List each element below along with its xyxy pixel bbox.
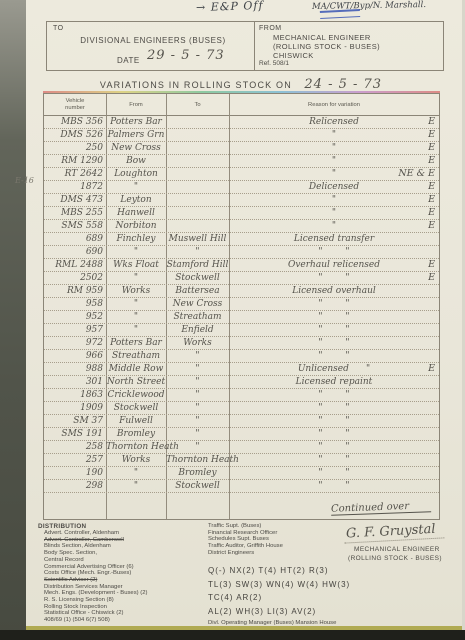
cell-to-garage: Works — [166, 338, 229, 349]
cell-vehicle-number: 1872 — [44, 182, 106, 193]
table-row: DMS 473 Leyton " E — [44, 194, 439, 207]
cell-margin-mark: NE & E — [398, 168, 435, 179]
cell-from-garage: " — [106, 312, 166, 323]
recipient-item: Schedules Supt. Buses — [208, 536, 283, 543]
from-line-3: CHISWICK — [273, 51, 314, 60]
cell-to-garage: Battersea — [166, 286, 229, 297]
cell-reason: Licensed overhaul — [229, 286, 439, 297]
cell-from-garage: Cricklewood — [106, 390, 166, 401]
cell-vehicle-number: 689 — [44, 234, 106, 245]
table-row: 972 Potters Bar Works " " — [44, 337, 439, 350]
to-value: DIVISIONAL ENGINEERS (BUSES) — [57, 36, 249, 45]
cell-to-garage: Enfield — [166, 325, 229, 336]
cell-from-garage: Potters Bar — [106, 117, 166, 128]
cell-from-garage: Works — [106, 455, 166, 466]
cell-vehicle-number: 1909 — [44, 403, 106, 414]
table-row: 952 " Streatham " " — [44, 311, 439, 324]
table-row: 1863 Cricklewood " " " — [44, 389, 439, 402]
cell-from-garage: Leyton — [106, 195, 166, 206]
cell-from-garage: " — [106, 468, 166, 479]
cell-vehicle-number: 966 — [44, 351, 106, 362]
cell-reason: " " — [229, 273, 439, 284]
distribution-item: Costs Office (Mech. Engr.-Buses) — [38, 570, 206, 577]
garage-code-line: TL(3) SW(3) WN(4) W(4) HW(3) — [208, 578, 350, 592]
cell-from-garage: Hanwell — [106, 208, 166, 219]
cell-margin-mark: E — [428, 272, 435, 283]
distribution-item: Rolling Stock Inspection — [38, 604, 206, 611]
cell-from-garage: Streatham — [106, 351, 166, 362]
cell-from-garage: New Cross — [106, 143, 166, 154]
cell-from-garage: Finchley — [106, 234, 166, 245]
cell-reason: Delicensed — [229, 182, 439, 193]
from-line-2: (ROLLING STOCK - BUSES) — [273, 42, 380, 51]
distribution-item: Distribution Services Manager — [38, 584, 206, 591]
cell-vehicle-number: 301 — [44, 377, 106, 388]
cell-vehicle-number: DMS 473 — [44, 195, 106, 206]
cell-to-garage: " — [166, 442, 229, 453]
signature-title-line-2: (ROLLING STOCK - BUSES) — [348, 555, 442, 562]
cell-to-garage: Stockwell — [166, 273, 229, 284]
distribution-items: Advert. Controller, Aldenham Advert. Con… — [38, 530, 206, 624]
table-row: 298 " Stockwell " " — [44, 480, 439, 493]
cell-margin-mark: E — [428, 129, 435, 140]
column-header-from: From — [106, 94, 166, 116]
to-label: TO — [53, 25, 64, 32]
divisional-operating-manager-line: Divl. Operating Manager (Buses) Mansion … — [208, 620, 336, 626]
cell-margin-mark: E — [428, 363, 435, 374]
garage-code-counts: Q(-) NX(2) T(4) HT(2) R(3) TL(3) SW(3) W… — [208, 564, 350, 618]
distribution-item: Advert. Controller, Camberwell — [38, 537, 206, 544]
table-header-row: Vehicle number From To Reason for variat… — [44, 94, 439, 116]
garage-code-line: AL(2) WH(3) LI(3) AV(2) — [208, 605, 350, 619]
cell-vehicle-number: 988 — [44, 364, 106, 375]
cell-vehicle-number: RM 959 — [44, 286, 106, 297]
cell-from-garage: " — [106, 273, 166, 284]
cell-to-garage: " — [166, 403, 229, 414]
cell-reason: " " — [229, 442, 439, 453]
table-row: 1909 Stockwell " " " — [44, 402, 439, 415]
distribution-item: Statistical Office - Chiswick (2) — [38, 610, 206, 617]
table-row: DMS 526 Palmers Grn " E — [44, 129, 439, 142]
cell-margin-mark: E — [428, 142, 435, 153]
cell-reason: " " — [229, 403, 439, 414]
cell-to-garage: " — [166, 364, 229, 375]
table-body: MBS 356 Potters Bar Relicensed E DMS 526… — [44, 116, 439, 519]
cell-to-garage: Stamford Hill — [166, 260, 229, 271]
cell-vehicle-number: SMS 558 — [44, 221, 106, 232]
recipient-item: Traffic Auditor, Griffith House — [208, 543, 283, 550]
table-row: 1872 " Delicensed E — [44, 181, 439, 194]
cell-from-garage: Stockwell — [106, 403, 166, 414]
table-row: MBS 356 Potters Bar Relicensed E — [44, 116, 439, 129]
cell-vehicle-number: 258 — [44, 442, 106, 453]
reference-number: Ref. 508/1 — [259, 60, 289, 67]
table-row: 690 " " " " — [44, 246, 439, 259]
handwritten-margin-note: E-16 — [15, 176, 34, 185]
cell-reason: " " — [229, 416, 439, 427]
variations-table: Vehicle number From To Reason for variat… — [43, 93, 440, 520]
cell-to-garage: Streatham — [166, 312, 229, 323]
header-divider — [254, 22, 255, 70]
cell-from-garage: Loughton — [106, 169, 166, 180]
cell-to-garage: " — [166, 247, 229, 258]
cell-reason: Relicensed — [229, 117, 439, 128]
table-row: 190 " Bromley " " — [44, 467, 439, 480]
cell-vehicle-number: 958 — [44, 299, 106, 310]
distribution-item: Scientific Adviser (2) — [38, 577, 206, 584]
distribution-item: Central Record — [38, 557, 206, 564]
table-row: SM 37 Fulwell " " " — [44, 415, 439, 428]
recipient-item: District Engineers — [208, 550, 283, 557]
date-value-handwritten: 29 - 5 - 73 — [147, 48, 225, 63]
cell-from-garage: Norbiton — [106, 221, 166, 232]
cell-from-garage: Palmers Grn — [106, 130, 166, 141]
cell-to-garage: Thornton Heath — [166, 455, 229, 466]
garage-code-line: TC(4) AR(2) — [208, 591, 350, 605]
cell-from-garage: Thornton Heath — [106, 442, 166, 453]
distribution-item: R. S. Licensing Section (8) — [38, 597, 206, 604]
cell-from-garage: " — [106, 182, 166, 193]
cell-vehicle-number: SMS 191 — [44, 429, 106, 440]
cell-reason: Licensed repaint — [229, 377, 439, 388]
cell-from-garage: " — [106, 247, 166, 258]
cell-vehicle-number: 2502 — [44, 273, 106, 284]
cell-from-garage: Middle Row — [106, 364, 166, 375]
scan-edge-bottom — [0, 630, 465, 640]
distribution-item: Blinds Section, Aldenham — [38, 543, 206, 550]
table-row: 966 Streatham " " " — [44, 350, 439, 363]
cell-to-garage: " — [166, 377, 229, 388]
column-header-vehicle-label: Vehicle number — [58, 98, 92, 111]
cell-from-garage: Bromley — [106, 429, 166, 440]
cell-vehicle-number: 952 — [44, 312, 106, 323]
cell-reason: " — [229, 130, 439, 141]
distribution-item: Advert. Controller, Aldenham — [38, 530, 206, 537]
cell-to-garage: Stockwell — [166, 481, 229, 492]
cell-vehicle-number: 690 — [44, 247, 106, 258]
table-row: 689 Finchley Muswell Hill Licensed trans… — [44, 233, 439, 246]
scan-edge-left — [0, 0, 26, 640]
page-title-text: VARIATIONS IN ROLLING STOCK ON — [100, 80, 292, 90]
date-label: DATE — [117, 56, 140, 65]
page-title-date-handwritten: 24 - 5 - 73 — [304, 77, 382, 92]
cell-from-garage: Fulwell — [106, 416, 166, 427]
cell-margin-mark: E — [428, 194, 435, 205]
table-row: SMS 191 Bromley " " " — [44, 428, 439, 441]
cell-vehicle-number: 257 — [44, 455, 106, 466]
table-row: 257 Works Thornton Heath " " — [44, 454, 439, 467]
from-line-1: MECHANICAL ENGINEER — [273, 33, 371, 42]
cell-vehicle-number: 298 — [44, 481, 106, 492]
cell-reason: " — [229, 195, 439, 206]
cell-vehicle-number: MBS 255 — [44, 208, 106, 219]
cell-reason: " " — [229, 390, 439, 401]
cell-reason: " — [229, 143, 439, 154]
cell-from-garage: " — [106, 299, 166, 310]
cell-from-garage: " — [106, 481, 166, 492]
cell-to-garage: " — [166, 416, 229, 427]
page-title: VARIATIONS IN ROLLING STOCK ON 24 - 5 - … — [40, 75, 442, 93]
cell-margin-mark: E — [428, 220, 435, 231]
cell-reason: " " — [229, 299, 439, 310]
cell-vehicle-number: 957 — [44, 325, 106, 336]
cell-reason: Licensed transfer — [229, 234, 439, 245]
cell-to-garage: Bromley — [166, 468, 229, 479]
table-row: RML 2488 Wks Float Stamford Hill Overhau… — [44, 259, 439, 272]
from-label: FROM — [259, 25, 282, 32]
column-header-vehicle: Vehicle number — [44, 94, 106, 116]
cell-from-garage: North Street — [106, 377, 166, 388]
recipient-item: Traffic Supt. (Buses) — [208, 523, 283, 530]
cell-from-garage: Wks Float — [106, 260, 166, 271]
cell-reason: " — [229, 208, 439, 219]
cell-to-garage: Muswell Hill — [166, 234, 229, 245]
cell-reason: Overhaul relicensed — [229, 260, 439, 271]
table-row: 957 " Enfield " " — [44, 324, 439, 337]
table-row: SMS 558 Norbiton " E — [44, 220, 439, 233]
table-row: 988 Middle Row " Unlicensed " E — [44, 363, 439, 376]
table-row: 2502 " Stockwell " " E — [44, 272, 439, 285]
column-header-to: To — [166, 94, 229, 116]
cell-to-garage: " — [166, 390, 229, 401]
cell-vehicle-number: 190 — [44, 468, 106, 479]
cell-reason: " " — [229, 247, 439, 258]
cell-from-garage: " — [106, 325, 166, 336]
cell-to-garage: " — [166, 429, 229, 440]
table-row: 301 North Street " Licensed repaint — [44, 376, 439, 389]
recipient-list: Traffic Supt. (Buses) Financial Research… — [208, 523, 283, 557]
cell-margin-mark: E — [428, 207, 435, 218]
cell-margin-mark: E — [428, 116, 435, 127]
cell-to-garage: New Cross — [166, 299, 229, 310]
cell-reason: " — [229, 156, 439, 167]
cell-vehicle-number: 972 — [44, 338, 106, 349]
memo-header-box: TO DIVISIONAL ENGINEERS (BUSES) DATE 29 … — [46, 21, 444, 71]
distribution-item: Body Spec. Section, — [38, 550, 206, 557]
table-row: MBS 255 Hanwell " E — [44, 207, 439, 220]
cell-reason: " — [229, 221, 439, 232]
cell-from-garage: Potters Bar — [106, 338, 166, 349]
cell-to-garage: " — [166, 351, 229, 362]
table-row: 258 Thornton Heath " " " — [44, 441, 439, 454]
cell-reason: Unlicensed " — [229, 364, 439, 375]
table-row: RM 959 Works Battersea Licensed overhaul — [44, 285, 439, 298]
cell-reason: " " — [229, 325, 439, 336]
column-header-reason: Reason for variation — [229, 94, 439, 116]
cell-vehicle-number: SM 37 — [44, 416, 106, 427]
garage-code-line: Q(-) NX(2) T(4) HT(2) R(3) — [208, 564, 350, 578]
cell-from-garage: Bow — [106, 156, 166, 167]
distribution-item: Mech. Engs. (Development - Buses) (2) — [38, 590, 206, 597]
cell-margin-mark: E — [428, 259, 435, 270]
recipient-item: Financial Research Officer — [208, 530, 283, 537]
distribution-item: 408/69 (1) (504 6(7) 508) — [38, 617, 206, 624]
cell-reason: " " — [229, 351, 439, 362]
cell-margin-mark: E — [428, 181, 435, 192]
cell-vehicle-number: DMS 526 — [44, 130, 106, 141]
distribution-title: DISTRIBUTION — [38, 523, 206, 530]
table-row: RM 1290 Bow " E — [44, 155, 439, 168]
cell-reason: " " — [229, 312, 439, 323]
cell-reason: " " — [229, 455, 439, 466]
cell-reason: " " — [229, 338, 439, 349]
cell-reason: " " — [229, 468, 439, 479]
cell-reason: " " — [229, 429, 439, 440]
cell-vehicle-number: RM 1290 — [44, 156, 106, 167]
distribution-item: Commercial Advertising Officer (6) — [38, 564, 206, 571]
cell-vehicle-number: 250 — [44, 143, 106, 154]
cell-vehicle-number: MBS 356 — [44, 117, 106, 128]
table-row: 958 " New Cross " " — [44, 298, 439, 311]
distribution-list: DISTRIBUTION Advert. Controller, Aldenha… — [38, 523, 206, 624]
handwritten-note-top-left: → E&P Off — [196, 0, 264, 14]
cell-vehicle-number: RML 2488 — [44, 260, 106, 271]
scanned-memo-page: → E&P Off MA/CWT/Byp/N. Marshall. E-16 T… — [0, 0, 465, 640]
cell-vehicle-number: 1863 — [44, 390, 106, 401]
signature-title-line-1: MECHANICAL ENGINEER — [354, 546, 440, 553]
cell-reason: " " — [229, 481, 439, 492]
cell-vehicle-number: RT 2642 — [44, 169, 106, 180]
table-row: RT 2642 Loughton " NE & E — [44, 168, 439, 181]
cell-from-garage: Works — [106, 286, 166, 297]
cell-margin-mark: E — [428, 155, 435, 166]
table-row: 250 New Cross " E — [44, 142, 439, 155]
